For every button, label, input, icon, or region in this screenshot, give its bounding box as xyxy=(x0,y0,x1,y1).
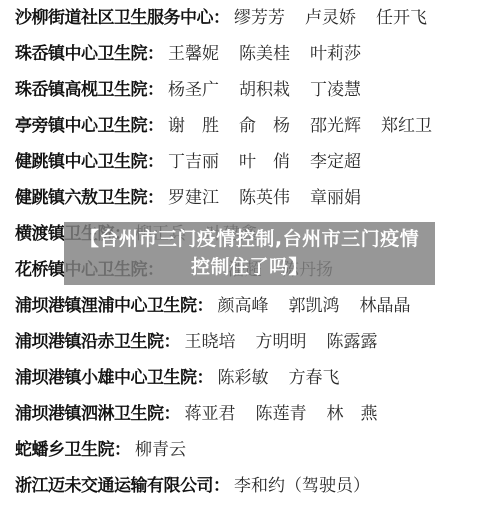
staff-names: 缪芳芳 卢灵娇 任开飞 xyxy=(234,0,427,36)
colon: ： xyxy=(197,360,214,396)
staff-names: 李和约（驾驶员） xyxy=(234,468,370,504)
staff-name: 丁凌慧 xyxy=(310,72,361,108)
staff-name: 蒋亚君 xyxy=(185,396,236,432)
organization-name: 浦坝港镇小雄中心卫生院 xyxy=(15,360,197,396)
list-item: 浦坝港镇浬浦中心卫生院 ： 颜高峰 郭凯鸿 林晶晶 xyxy=(15,288,495,324)
organization-name: 珠岙镇高枧卫生院 xyxy=(15,72,147,108)
staff-name: 缪芳芳 xyxy=(234,0,285,36)
organization-name: 浦坝港镇浬浦中心卫生院 xyxy=(15,288,197,324)
staff-name: 郭凯鸿 xyxy=(289,288,340,324)
colon: ： xyxy=(147,180,164,216)
staff-name: 叶莉莎 xyxy=(310,36,361,72)
list-item: 浦坝港镇沿赤卫生院 ： 王晓培 方明明 陈露露 xyxy=(15,324,495,360)
staff-name: 杨圣广 xyxy=(168,72,219,108)
staff-name: 李定超 xyxy=(310,144,361,180)
staff-names: 柳青云 xyxy=(135,432,186,468)
staff-names: 王馨妮 陈美桂 叶莉莎 xyxy=(168,36,361,72)
colon: ： xyxy=(114,432,131,468)
staff-name: 丁吉丽 xyxy=(168,144,219,180)
colon: ： xyxy=(164,324,181,360)
staff-name: 叶 俏 xyxy=(239,144,290,180)
staff-name: 颜高峰 xyxy=(218,288,269,324)
overlay-title: 【台州市三门疫情控制,台州市三门疫情控制住了吗】 xyxy=(80,228,419,278)
staff-name: 陈彩敏 xyxy=(218,360,269,396)
organization-name: 浦坝港镇沿赤卫生院 xyxy=(15,324,164,360)
organization-name: 浙江迈未交通运输有限公司 xyxy=(15,468,213,504)
staff-name: 俞 杨 xyxy=(239,108,290,144)
title-overlay-banner: 【台州市三门疫情控制,台州市三门疫情控制住了吗】 xyxy=(64,222,435,285)
staff-name: 罗建江 xyxy=(168,180,219,216)
staff-names: 罗建江 陈英伟 章丽娟 xyxy=(168,180,361,216)
staff-names: 蒋亚君 陈莲青 林 燕 xyxy=(185,396,378,432)
staff-name: 柳青云 xyxy=(135,432,186,468)
staff-name: 郑红卫 xyxy=(381,108,432,144)
staff-names: 颜高峰 郭凯鸿 林晶晶 xyxy=(218,288,411,324)
staff-name: 谢 胜 xyxy=(168,108,219,144)
staff-name: 王馨妮 xyxy=(168,36,219,72)
organization-name: 蛇蟠乡卫生院 xyxy=(15,432,114,468)
list-item: 浙江迈未交通运输有限公司 ： 李和约（驾驶员） xyxy=(15,468,495,504)
organization-name: 沙柳街道社区卫生服务中心 xyxy=(15,0,213,36)
staff-name: 任开飞 xyxy=(376,0,427,36)
organization-name: 健跳镇六敖卫生院 xyxy=(15,180,147,216)
colon: ： xyxy=(147,72,164,108)
colon: ： xyxy=(147,108,164,144)
list-item: 浦坝港镇泗淋卫生院 ： 蒋亚君 陈莲青 林 燕 xyxy=(15,396,495,432)
staff-name: 林晶晶 xyxy=(360,288,411,324)
list-item: 浦坝港镇小雄中心卫生院 ： 陈彩敏 方春飞 xyxy=(15,360,495,396)
staff-name: 方明明 xyxy=(256,324,307,360)
organization-name: 健跳镇中心卫生院 xyxy=(15,144,147,180)
colon: ： xyxy=(197,288,214,324)
list-item: 蛇蟠乡卫生院 ： 柳青云 xyxy=(15,432,495,468)
list-item: 亭旁镇中心卫生院 ： 谢 胜 俞 杨 邵光辉 郑红卫 xyxy=(15,108,495,144)
staff-name: 邵光辉 xyxy=(310,108,361,144)
colon: ： xyxy=(147,144,164,180)
organization-name: 浦坝港镇泗淋卫生院 xyxy=(15,396,164,432)
staff-names: 谢 胜 俞 杨 邵光辉 郑红卫 xyxy=(168,108,432,144)
staff-name: 李和约（驾驶员） xyxy=(234,468,370,504)
staff-names: 王晓培 方明明 陈露露 xyxy=(185,324,378,360)
staff-name: 陈英伟 xyxy=(239,180,290,216)
staff-name: 王晓培 xyxy=(185,324,236,360)
list-item: 珠岙镇高枧卫生院 ： 杨圣广 胡积栽 丁凌慧 xyxy=(15,72,495,108)
organization-name: 珠岙镇中心卫生院 xyxy=(15,36,147,72)
staff-name: 章丽娟 xyxy=(310,180,361,216)
staff-name: 方春飞 xyxy=(289,360,340,396)
list-item: 健跳镇中心卫生院 ： 丁吉丽 叶 俏 李定超 xyxy=(15,144,495,180)
colon: ： xyxy=(213,0,230,36)
staff-name: 陈露露 xyxy=(327,324,378,360)
staff-name: 林 燕 xyxy=(327,396,378,432)
list-item: 沙柳街道社区卫生服务中心 ： 缪芳芳 卢灵娇 任开飞 xyxy=(15,0,495,36)
list-item: 健跳镇六敖卫生院 ： 罗建江 陈英伟 章丽娟 xyxy=(15,180,495,216)
staff-name: 陈美桂 xyxy=(239,36,290,72)
staff-name: 陈莲青 xyxy=(256,396,307,432)
colon: ： xyxy=(213,468,230,504)
organization-name: 亭旁镇中心卫生院 xyxy=(15,108,147,144)
colon: ： xyxy=(164,396,181,432)
staff-names: 丁吉丽 叶 俏 李定超 xyxy=(168,144,361,180)
staff-name: 胡积栽 xyxy=(239,72,290,108)
staff-names: 陈彩敏 方春飞 xyxy=(218,360,340,396)
staff-name: 卢灵娇 xyxy=(305,0,356,36)
colon: ： xyxy=(147,36,164,72)
list-item: 珠岙镇中心卫生院 ： 王馨妮 陈美桂 叶莉莎 xyxy=(15,36,495,72)
staff-names: 杨圣广 胡积栽 丁凌慧 xyxy=(168,72,361,108)
